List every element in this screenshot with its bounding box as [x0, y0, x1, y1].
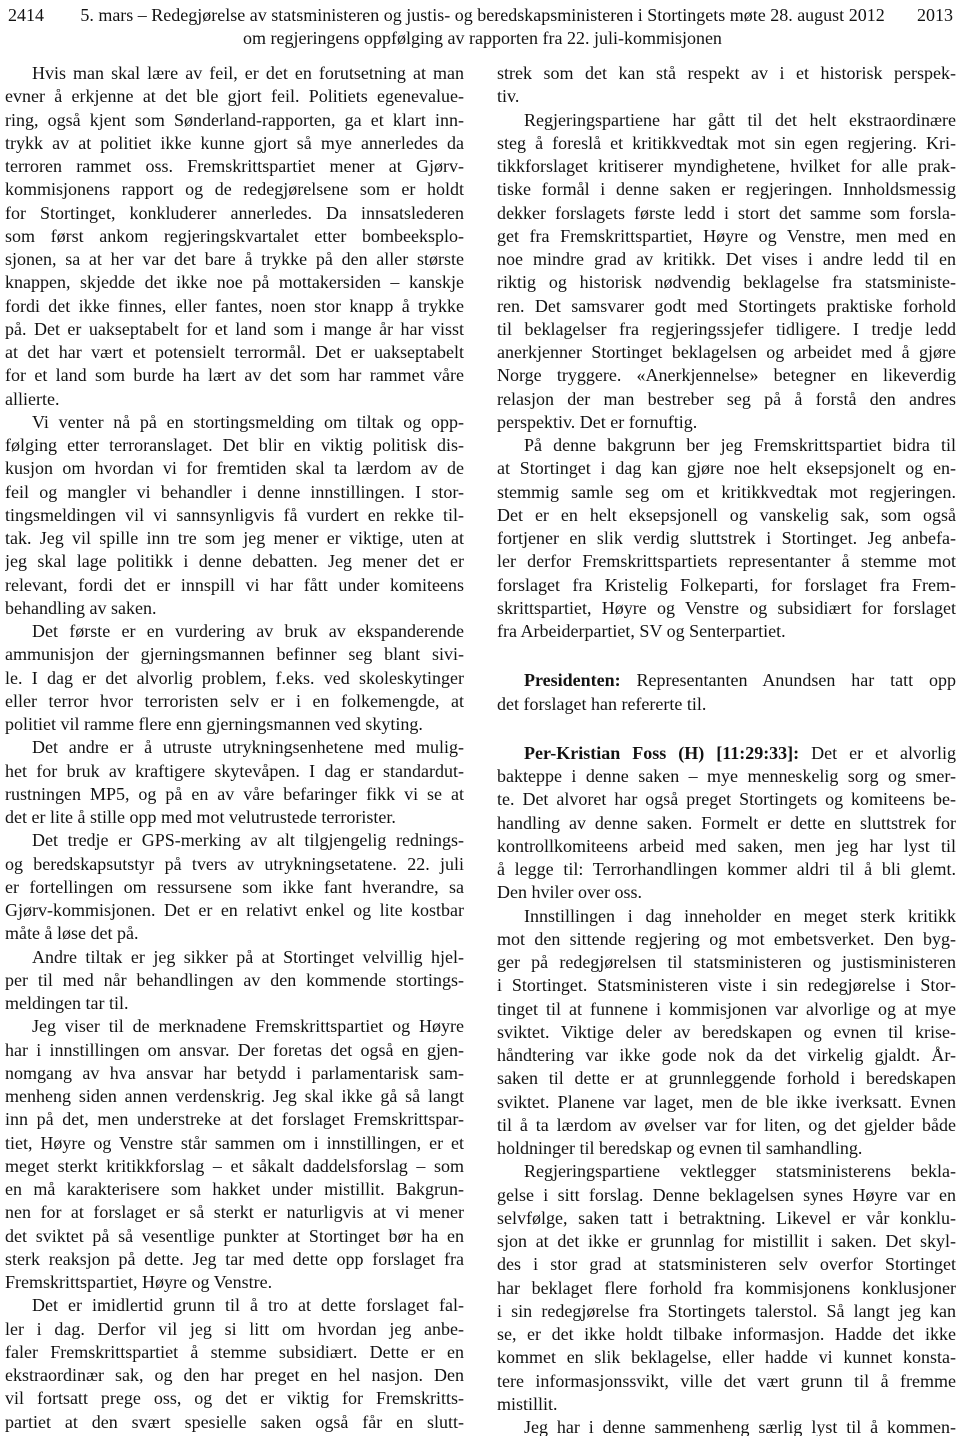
text-line: Hvis man skal lære av feil, er det en fo…: [5, 62, 464, 85]
text-line: kommet en slik beklagelse, eller hadde v…: [497, 1346, 956, 1369]
text-line: følging etter terroranslaget. Det blir e…: [5, 434, 464, 457]
header-year: 2013: [917, 4, 953, 26]
text-line: Norge tryggere. «Anerkjennelse» betegner…: [497, 364, 956, 387]
text-line: Vi venter nå på en stortingsmelding om t…: [5, 411, 464, 434]
text-line: per til med når behandlingen av den komm…: [5, 969, 464, 992]
text-line: handling av denne saken. Formelt er dett…: [497, 812, 956, 835]
text-line: det forslaget han refererte til.: [497, 693, 956, 716]
text-line: skrittspartiet, Høyre og Venstre og subs…: [497, 597, 956, 620]
right-text-column: strek som det kan stå respekt av i et hi…: [497, 62, 956, 1436]
text-line: tiet, Høyre og Venstre står sammen om i …: [5, 1132, 464, 1155]
text-line: å legge til: Terrorhandlingen kommer ald…: [497, 858, 956, 881]
text-line: evner å erkjenne at det ble gjort feil. …: [5, 85, 464, 108]
header-title-line2: om regjeringens oppfølging av rapporten …: [75, 27, 890, 50]
text-line: ler i dag. Derfor vil jeg si litt om hvo…: [5, 1318, 464, 1341]
text-line: har beklaget flere forhold fra kommisjon…: [497, 1277, 956, 1300]
text-line: eller terror hvor terroristen selv er i …: [5, 690, 464, 713]
left-text-column: Hvis man skal lære av feil, er det en fo…: [5, 62, 464, 1436]
text-line: jeg skal lage politikk i denne debatten.…: [5, 550, 464, 573]
text-line: noe mindre grad av kritikk. Det vises i …: [497, 248, 956, 271]
text-line: Det tredje er GPS-merking av alt tilgjen…: [5, 829, 464, 852]
text-line: nen for at forslaget er så sterkt er nat…: [5, 1201, 464, 1224]
text-line: Den hviler over oss.: [497, 881, 956, 904]
text-line: le. I dag er det alvorlig problem, f.eks…: [5, 667, 464, 690]
text-line: selvfølge, saken tatt i betraktning. Lik…: [497, 1207, 956, 1230]
text-line: holdninger til beredskap og evnen til sa…: [497, 1137, 956, 1160]
document-page: 2414 5. mars – Redegjørelse av statsmini…: [0, 0, 960, 1436]
text-line: tikkforslaget kritiserer myndighetene, h…: [497, 155, 956, 178]
text-line: Fremskrittspartiet, Høyre og Venstre.: [5, 1271, 464, 1294]
text-line: menheng siden annen verdenskrig. Jeg ska…: [5, 1085, 464, 1108]
text-line: relevant, fordi det er innspill vi har f…: [5, 574, 464, 597]
text-line: håndtering var ikke gode nok da det virk…: [497, 1044, 956, 1067]
text-line: bakteppe i denne saken – mye menneskelig…: [497, 765, 956, 788]
text-line: get fra Fremskrittspartiet, Høyre og Ven…: [497, 225, 956, 248]
paragraph: Innstillingen i dag inneholder en meget …: [497, 905, 956, 1161]
text-line: faler Fremskrittspartiet å stemme subsid…: [5, 1341, 464, 1364]
text-line: des i stor grad at statsministeren selv …: [497, 1253, 956, 1276]
text-line: måte å løse det på.: [5, 922, 464, 945]
text-line: ring, også kjent som Sønderland-rapporte…: [5, 109, 464, 132]
text-line: inn på det, men understreke at det forsl…: [5, 1108, 464, 1131]
text-line: rustningen MP5, og på en av våre befarin…: [5, 783, 464, 806]
paragraph: Det første er en vurdering av bruk av ek…: [5, 620, 464, 736]
text-line: Jeg har i denne sammenheng særlig lyst t…: [497, 1416, 956, 1436]
text-line: på. Det er uakseptabelt for et land som …: [5, 318, 464, 341]
text-line: ger på redegjørelsen til statsministeren…: [497, 951, 956, 974]
text-line: kusjon om hvordan vi for fremtiden skal …: [5, 457, 464, 480]
text-line: fortjener en slik verdig sluttstrek i St…: [497, 527, 956, 550]
text-line: sjon at det ikke er grunnlag for mistill…: [497, 1230, 956, 1253]
text-line: tiske formål i denne saken er regjeringe…: [497, 178, 956, 201]
text-line: at Stortinget i dag kan gjøre noe helt e…: [497, 457, 956, 480]
text-line: i sin redegjørelse fra Stortingets taler…: [497, 1300, 956, 1323]
text-line: en må karakterisere som hakket under mis…: [5, 1178, 464, 1201]
text-line: mot den sittende regjering og mot embets…: [497, 928, 956, 951]
text-line: vil fortsatt prege oss, og det er viktig…: [5, 1387, 464, 1410]
text-line: Gjørv-kommisjonen. Det er en relativt en…: [5, 899, 464, 922]
paragraph: Andre tiltak er jeg sikker på at Stortin…: [5, 946, 464, 1016]
text-line: det sviktet på så vesentlige punkter at …: [5, 1225, 464, 1248]
text-line: meget sterkt kritikkforslag – et såkalt …: [5, 1155, 464, 1178]
text-line: at det har vært et potensielt terrormål.…: [5, 341, 464, 364]
text-line: steg å foreslå et kritikkvedtak mot sin …: [497, 132, 956, 155]
text-line: Det er imidlertid grunn til å tro at det…: [5, 1294, 464, 1317]
text-line: allierte.: [5, 388, 464, 411]
text-line: tiv.: [497, 85, 956, 108]
paragraph: Jeg har i denne sammenheng særlig lyst t…: [497, 1416, 956, 1436]
paragraph: strek som det kan stå respekt av i et hi…: [497, 62, 956, 109]
text-line: ler derfor Fremskrittspartiets represent…: [497, 550, 956, 573]
text-line: mistillit.: [497, 1393, 956, 1416]
text-line: som først ankom regjeringskvartalet ette…: [5, 225, 464, 248]
text-line: tak. Jeg vil spille inn tre som jeg mene…: [5, 527, 464, 550]
text-line: for et land som burde ha lært av det som…: [5, 364, 464, 387]
text-line: sviktet. Planene var laget, men de ble i…: [497, 1091, 956, 1114]
text-line: sviktet. Viktige deler av beredskapen og…: [497, 1021, 956, 1044]
paragraph: Presidenten: Representanten Anundsen har…: [497, 669, 956, 716]
text-line: meldingen tar til.: [5, 992, 464, 1015]
text-line: knappen, skjedde det ikke noe på mottake…: [5, 271, 464, 294]
text-line: er fortellingen om ressursene som ikke f…: [5, 876, 464, 899]
paragraph: På denne bakgrunn ber jeg Fremskrittspar…: [497, 434, 956, 643]
text-line: politiet vil ramme flere enn gjerningsma…: [5, 713, 464, 736]
text-line: perspektiv. Det er fornuftig.: [497, 411, 956, 434]
text-line: På denne bakgrunn ber jeg Fremskrittspar…: [497, 434, 956, 457]
text-line: kommisjonens rapport og de redegjørelsen…: [5, 178, 464, 201]
text-line: Det andre er å utruste utrykningsenheten…: [5, 736, 464, 759]
text-line: for Stortinget, konkluderer annerledes. …: [5, 202, 464, 225]
text-line: sjonen, sa at her var det bare å trykke …: [5, 248, 464, 271]
paragraph: Jeg viser til de merknadene Fremskrittsp…: [5, 1015, 464, 1294]
text-line: tinget til at funnene i kommisjonen var …: [497, 998, 956, 1021]
text-line: i Stortinget. Statsministeren viste i si…: [497, 974, 956, 997]
text-line: til å ta lærdom av øvelser var for liten…: [497, 1114, 956, 1137]
text-line: til beklagelser fra regjeringssjefer tid…: [497, 318, 956, 341]
text-line: anerkjenner Stortinget beklagelsen og ar…: [497, 341, 956, 364]
paragraph: Regjeringspartiene har gått til det helt…: [497, 109, 956, 435]
text-line: Det første er en vurdering av bruk av ek…: [5, 620, 464, 643]
paragraph: Per-Kristian Foss (H) [11:29:33]: Det er…: [497, 742, 956, 905]
text-line: og beredskapsutstyr på tvers av utryknin…: [5, 853, 464, 876]
text-line: tingsmeldingen vil vi sannsynligvis få v…: [5, 504, 464, 527]
text-line: kontrollkomiteens arbeid med saken, men …: [497, 835, 956, 858]
text-line: Jeg viser til de merknadene Fremskrittsp…: [5, 1015, 464, 1038]
text-line: ren. Det samsvarer godt med Stortingets …: [497, 295, 956, 318]
text-line: partiet at den svært spesielle saken ogs…: [5, 1411, 464, 1434]
paragraph: Det andre er å utruste utrykningsenheten…: [5, 736, 464, 829]
paragraph: Vi venter nå på en stortingsmelding om t…: [5, 411, 464, 620]
paragraph: Hvis man skal lære av feil, er det en fo…: [5, 62, 464, 411]
speaker-name: Presidenten:: [524, 670, 621, 690]
paragraph: Det er imidlertid grunn til å tro at det…: [5, 1294, 464, 1434]
page-number: 2414: [8, 4, 44, 26]
speaker-name: Per-Kristian Foss (H) [11:29:33]:: [524, 743, 799, 763]
header-title-line1: 5. mars – Redegjørelse av statsministere…: [75, 4, 890, 27]
text-line: Det er en helt eksepsjonell og vanskelig…: [497, 504, 956, 527]
text-line: feil og mangler vi behandler i denne inn…: [5, 481, 464, 504]
text-line: ekstraordinær sak, og den har preget en …: [5, 1364, 464, 1387]
text-line: gelse i sitt forslag. Denne beklagelsen …: [497, 1184, 956, 1207]
text-line: tere informasjonssvikt, ville det vært g…: [497, 1370, 956, 1393]
text-line: stemmig samle seg om et kritikkvedtak mo…: [497, 481, 956, 504]
text-line: har i innstillingen om ansvar. Der foret…: [5, 1039, 464, 1062]
paragraph: Det tredje er GPS-merking av alt tilgjen…: [5, 829, 464, 945]
text-line: riktig og historisk nødvendig beklagelse…: [497, 271, 956, 294]
text-line: det er lite å stille opp med mot velutru…: [5, 806, 464, 829]
text-line: te. Det alvoret har også preget Storting…: [497, 788, 956, 811]
text-line: relasjon der man bestreber seg på å fors…: [497, 388, 956, 411]
text-line: saken til dette er at grunnleggende forh…: [497, 1067, 956, 1090]
text-line: se, er det ikke holdt tilbake informasjo…: [497, 1323, 956, 1346]
text-line: forslaget fra Kristelig Folkeparti, for …: [497, 574, 956, 597]
text-line: Regjeringspartiene har gått til det helt…: [497, 109, 956, 132]
text-line: behandling av saken.: [5, 597, 464, 620]
text-line: Andre tiltak er jeg sikker på at Stortin…: [5, 946, 464, 969]
text-line: Presidenten: Representanten Anundsen har…: [497, 669, 956, 692]
text-line: strek som det kan stå respekt av i et hi…: [497, 62, 956, 85]
text-line: het for bruk av kraftigere skytevåpen. I…: [5, 760, 464, 783]
text-line: Regjeringspartiene vektlegger statsminis…: [497, 1160, 956, 1183]
text-line: trykk av at politiet ikke kunne gjort så…: [5, 132, 464, 155]
text-line: terroren rammet oss. Fremskrittspartiet …: [5, 155, 464, 178]
text-line: fordi det ikke finnes, eller fantes, noe…: [5, 295, 464, 318]
paragraph: Regjeringspartiene vektlegger statsminis…: [497, 1160, 956, 1416]
text-line: ammunisjon der gjerningsmannen befinner …: [5, 643, 464, 666]
text-line: sterk reaksjon på dette. Jeg tar med det…: [5, 1248, 464, 1271]
header-title: 5. mars – Redegjørelse av statsministere…: [75, 4, 890, 49]
text-line: nomgang av hva ansvar har betydd i parla…: [5, 1062, 464, 1085]
text-line: dekker forslagets første ledd i stort de…: [497, 202, 956, 225]
text-line: Innstillingen i dag inneholder en meget …: [497, 905, 956, 928]
text-line: fra Arbeiderpartiet, SV og Senterpartiet…: [497, 620, 956, 643]
text-line: Per-Kristian Foss (H) [11:29:33]: Det er…: [497, 742, 956, 765]
